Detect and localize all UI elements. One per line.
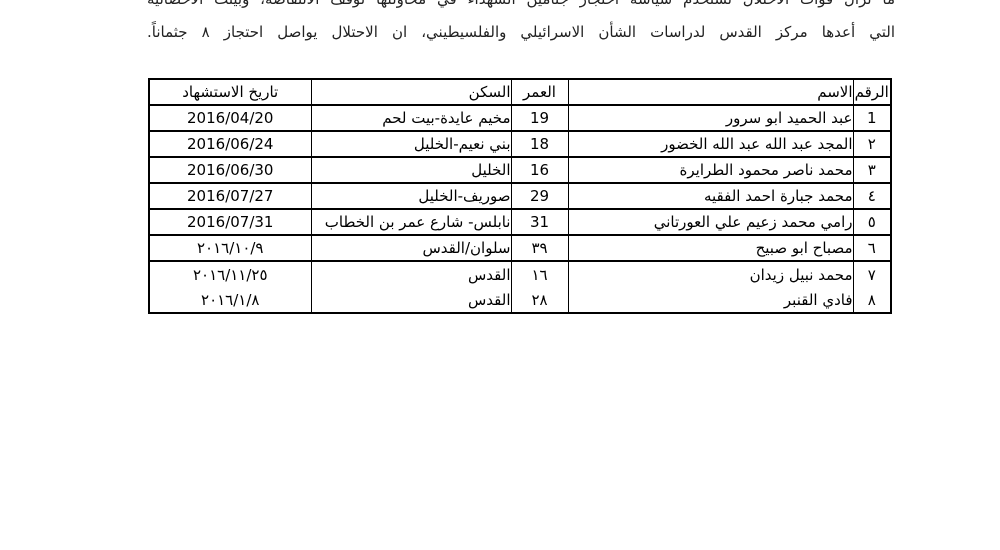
cell-residence: سلوان/القدس xyxy=(311,235,511,261)
table-row: ٦ مصباح ابو صبيح ٣٩ سلوان/القدس ٢٠١٦/١٠/… xyxy=(149,235,891,261)
table-header-row: الرقم الاسم العمر السكن تاريخ الاستشهاد xyxy=(149,79,891,105)
table-row: ٣ محمد ناصر محمود الطرايرة 16 الخليل 201… xyxy=(149,157,891,183)
cell-age: 29 xyxy=(511,183,568,209)
document-page: ما تزال قوات الاحتلال تستخدم سياسة احتجا… xyxy=(0,0,1000,550)
cell-number: ٢ xyxy=(853,131,891,157)
cell-name: مصباح ابو صبيح xyxy=(568,235,853,261)
cell-age: 31 xyxy=(511,209,568,235)
table-row: ٨ فادي القنبر ٢٨ القدس ٢٠١٦/١/٨ xyxy=(149,287,891,313)
cell-name: محمد ناصر محمود الطرايرة xyxy=(568,157,853,183)
header-name: الاسم xyxy=(568,79,853,105)
cell-date: ٢٠١٦/١١/٢٥ xyxy=(149,261,311,287)
cell-residence: بني نعيم-الخليل xyxy=(311,131,511,157)
martyrs-table: الرقم الاسم العمر السكن تاريخ الاستشهاد … xyxy=(148,78,892,314)
intro-paragraph: ما تزال قوات الاحتلال تستخدم سياسة احتجا… xyxy=(147,0,895,49)
table-row: ٤ محمد جبارة احمد الفقيه 29 صوريف-الخليل… xyxy=(149,183,891,209)
cell-name: محمد جبارة احمد الفقيه xyxy=(568,183,853,209)
header-number: الرقم xyxy=(853,79,891,105)
cell-date: ٢٠١٦/١٠/٩ xyxy=(149,235,311,261)
cell-residence: الخليل xyxy=(311,157,511,183)
cell-number: ٣ xyxy=(853,157,891,183)
table-row: ٧ محمد نبيل زيدان ١٦ القدس ٢٠١٦/١١/٢٥ xyxy=(149,261,891,287)
header-residence: السكن xyxy=(311,79,511,105)
cell-number: ٤ xyxy=(853,183,891,209)
cell-number: ٧ xyxy=(853,261,891,287)
cell-date: 2016/07/27 xyxy=(149,183,311,209)
table-row: ٢ المجد عبد الله عبد الله الخضور 18 بني … xyxy=(149,131,891,157)
cell-number: 1 xyxy=(853,105,891,131)
table-row: 1 عبد الحميد ابو سرور 19 مخيم عايدة-بيت … xyxy=(149,105,891,131)
cell-name: محمد نبيل زيدان xyxy=(568,261,853,287)
cell-date: 2016/06/30 xyxy=(149,157,311,183)
cell-age: ١٦ xyxy=(511,261,568,287)
cell-date: 2016/04/20 xyxy=(149,105,311,131)
cell-residence: صوريف-الخليل xyxy=(311,183,511,209)
cell-age: 19 xyxy=(511,105,568,131)
cell-age: 18 xyxy=(511,131,568,157)
cell-age: ٢٨ xyxy=(511,287,568,313)
cell-date: 2016/06/24 xyxy=(149,131,311,157)
header-date: تاريخ الاستشهاد xyxy=(149,79,311,105)
intro-line-2: التي أعدها مركز القدس لدراسات الشأن الاس… xyxy=(147,16,895,49)
cell-name: رامي محمد زعيم علي العورتاني xyxy=(568,209,853,235)
cell-name: عبد الحميد ابو سرور xyxy=(568,105,853,131)
cell-date: 2016/07/31 xyxy=(149,209,311,235)
cell-date: ٢٠١٦/١/٨ xyxy=(149,287,311,313)
cell-residence: مخيم عايدة-بيت لحم xyxy=(311,105,511,131)
cell-number: ٦ xyxy=(853,235,891,261)
cell-name: فادي القنبر xyxy=(568,287,853,313)
cell-number: ٨ xyxy=(853,287,891,313)
cell-residence: القدس xyxy=(311,261,511,287)
cell-residence: القدس xyxy=(311,287,511,313)
martyrs-table-container: الرقم الاسم العمر السكن تاريخ الاستشهاد … xyxy=(148,78,892,314)
cell-age: ٣٩ xyxy=(511,235,568,261)
intro-line-1: ما تزال قوات الاحتلال تستخدم سياسة احتجا… xyxy=(147,0,895,16)
cell-name: المجد عبد الله عبد الله الخضور xyxy=(568,131,853,157)
cell-residence: نابلس- شارع عمر بن الخطاب xyxy=(311,209,511,235)
header-age: العمر xyxy=(511,79,568,105)
cell-age: 16 xyxy=(511,157,568,183)
cell-number: ٥ xyxy=(853,209,891,235)
table-row: ٥ رامي محمد زعيم علي العورتاني 31 نابلس-… xyxy=(149,209,891,235)
